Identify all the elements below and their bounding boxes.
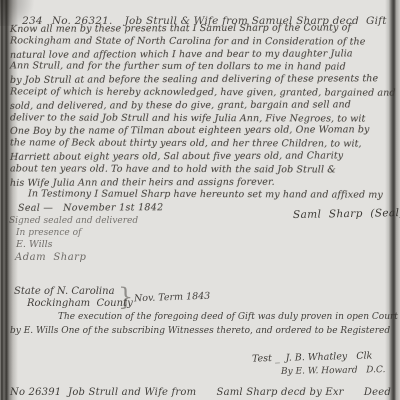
deed-line: about ten years old. To have and to hold…	[10, 163, 397, 177]
deed-line: Receipt of which is hereby acknowledged,…	[10, 86, 397, 100]
deed-book-page-scan: 234No. 26321.Job Strull & Wife from Samu…	[0, 0, 400, 400]
attestation-line: Signed sealed and delivered	[9, 216, 138, 226]
certification-text-line-2: by E. Wills One of the subscribing Witne…	[10, 326, 390, 336]
deed-line: Know all men by these presents that I Sa…	[10, 22, 397, 36]
court-term-date: Nov. Term 1843	[134, 291, 211, 305]
deed-line: Rockingham and State of North Carolina f…	[10, 35, 397, 49]
deed-line: Harriett about eight years old, Sal abou…	[10, 150, 397, 164]
clerk-attestation-signature: Test _ J. B. Whatley Clk	[252, 350, 373, 364]
witness-signature-1: E. Wills	[16, 239, 53, 250]
witness-signature-2: Adam Sharp	[15, 252, 86, 263]
deputy-clerk-signature: By E. W. Howard D.C.	[281, 365, 386, 377]
certification-county-line: Rockingham County	[27, 298, 133, 309]
deed-body-text: Know all men by these presents that I Sa…	[10, 23, 397, 215]
certification-text-line-1: The execution of the foregoing deed of G…	[58, 312, 398, 322]
certification-state-line: State of N. Carolina	[14, 286, 115, 297]
presence-line: In presence of	[16, 228, 81, 238]
next-record-opening-line: No 26391 Job Strull and Wife from Saml S…	[10, 387, 391, 398]
grantor-signature: Saml Sharp (Seal)	[293, 207, 400, 221]
certification-brace: }	[118, 283, 133, 311]
deed-line: sold, and delivered, and by these do giv…	[10, 99, 397, 113]
